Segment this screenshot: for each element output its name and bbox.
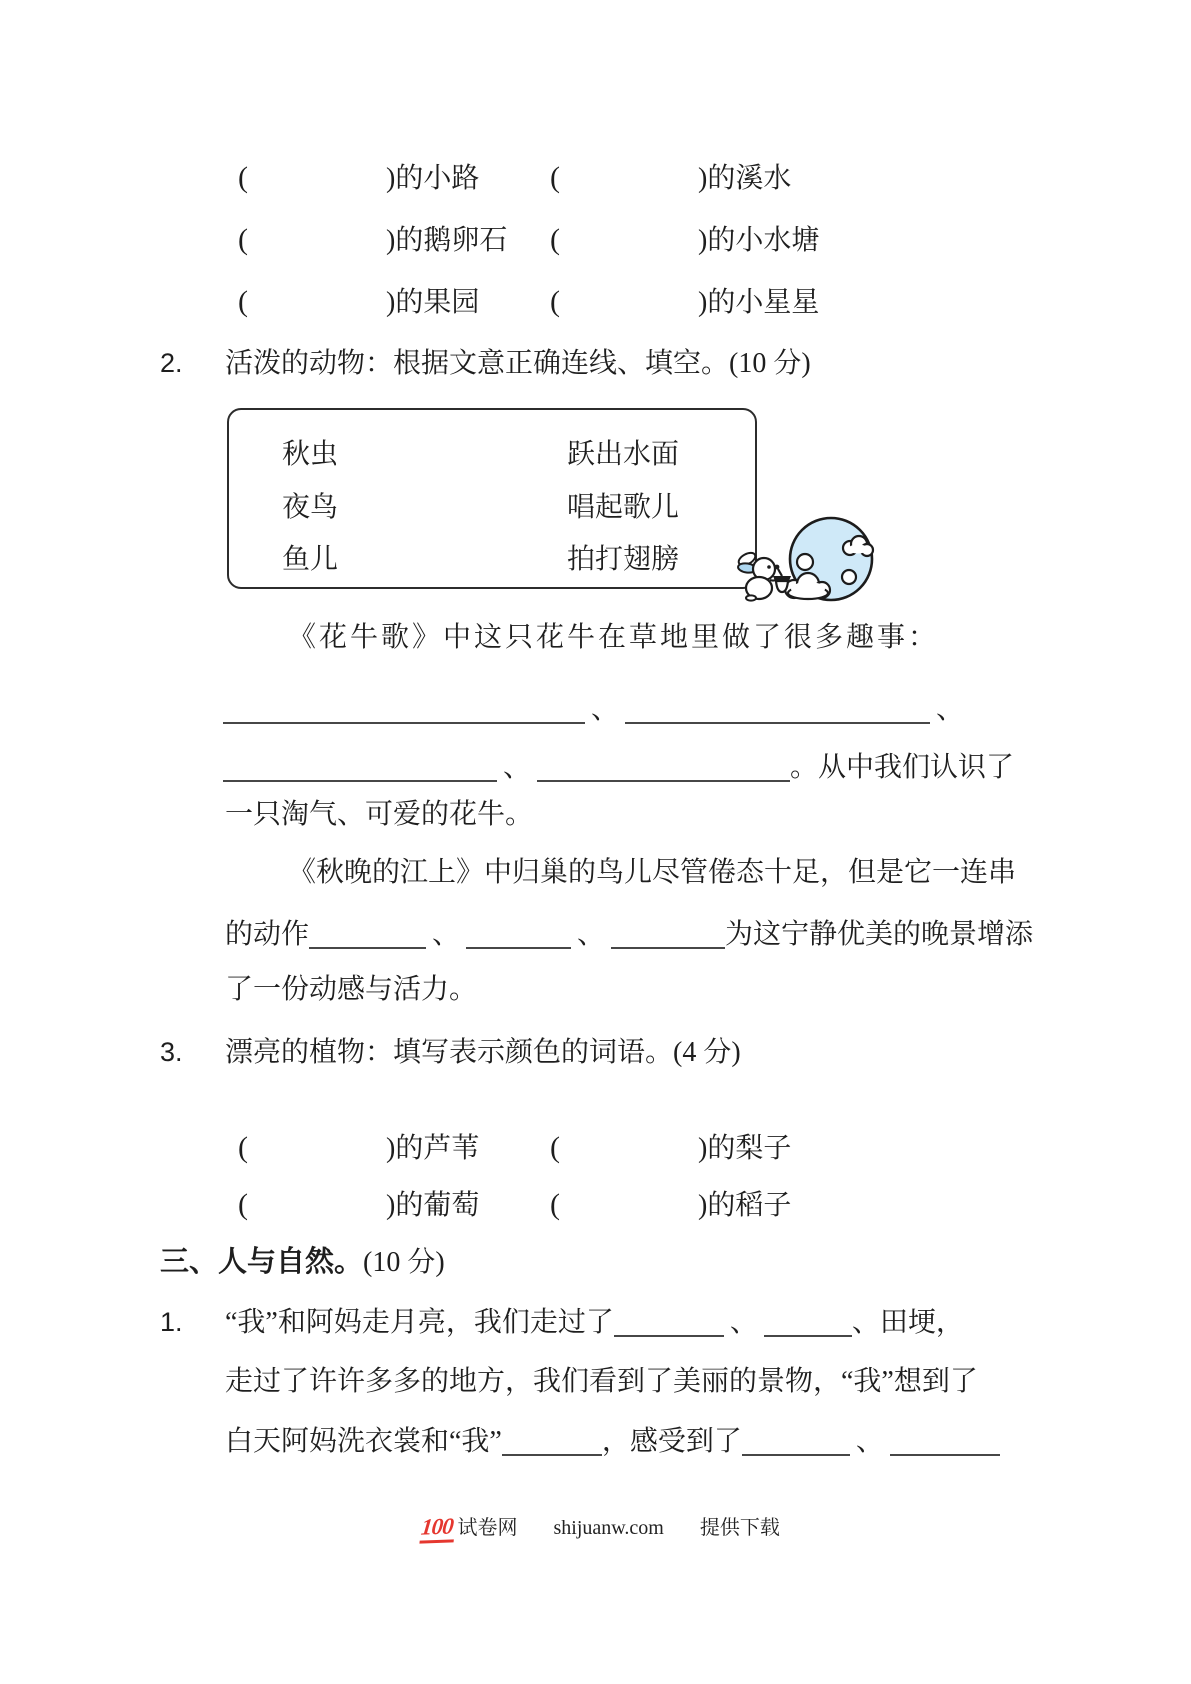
match-action: 拍打翅膀	[567, 537, 679, 577]
paragraph-text: “我”和阿妈走月亮，我们走过了	[225, 1307, 614, 1338]
answer-blank	[890, 1444, 1000, 1456]
separator: 、	[426, 918, 466, 952]
separator: 、	[571, 918, 611, 952]
phrase-label: )的鹅卵石	[386, 225, 507, 256]
question-3-heading: 3.漂亮的植物：填写表示颜色的词语。(4 分)	[160, 1035, 741, 1070]
rabbit-icon	[737, 550, 778, 600]
question-2-heading: 2.活泼的动物：根据文意正确连线、填空。(10 分)	[160, 346, 811, 381]
moon-crater-icon	[797, 554, 813, 570]
answer-blank	[466, 937, 571, 949]
fill-blank-phrase: ()的溪水	[550, 161, 791, 196]
paragraph-text: 为这宁静优美的晚景增添	[725, 919, 1033, 950]
matching-box: 秋虫跃出水面 夜鸟唱起歌儿 鱼儿拍打翅膀	[227, 408, 757, 589]
match-row: 鱼儿拍打翅膀	[229, 537, 755, 571]
phrase-label: )的葡萄	[386, 1190, 479, 1221]
match-animal: 夜鸟	[282, 485, 338, 525]
paragraph-text: 的动作	[225, 919, 309, 950]
phrase-label: )的梨子	[698, 1133, 791, 1164]
section-3-heading: 三、人与自然。(10 分)	[160, 1245, 445, 1280]
fill-blank-phrase: ()的小路	[238, 161, 479, 196]
site-logo: 100试卷网	[421, 1511, 518, 1543]
paragraph-text: 、田埂，	[852, 1307, 964, 1338]
blank-answer-line: 的动作、、为这宁静优美的晚景增添	[225, 918, 1033, 952]
question-number: 3.	[160, 1035, 225, 1069]
separator: 、	[585, 693, 625, 727]
separator: 、	[850, 1425, 890, 1459]
phrase-label: )的芦苇	[386, 1133, 479, 1164]
match-action: 唱起歌儿	[567, 485, 679, 525]
paragraph-line: 《花牛歌》中这只花牛在草地里做了很多趣事：	[288, 621, 939, 655]
phrase-label: )的小路	[386, 163, 479, 194]
open-paren: (	[550, 223, 560, 257]
question-number: 1.	[160, 1305, 225, 1339]
question-line: 1.“我”和阿妈走月亮，我们走过了、、田埂，	[160, 1305, 964, 1340]
open-paren: (	[238, 1131, 248, 1165]
footer: 100试卷网 shijuanw.com 提供下载	[421, 1511, 780, 1543]
section-title: 三、人与自然。	[160, 1246, 363, 1278]
paragraph-line: 走过了许许多多的地方，我们看到了美丽的景物，“我”想到了	[225, 1365, 978, 1399]
blank-answer-line: 、。从中我们认识了	[223, 751, 1014, 785]
fill-blank-phrase: ()的小水塘	[550, 223, 819, 258]
match-animal: 秋虫	[282, 432, 338, 472]
section-score: (10 分)	[363, 1247, 445, 1278]
logo-text: 试卷网	[458, 1511, 518, 1540]
blank-answer-line: 白天阿妈洗衣裳和“我”，感受到了、	[225, 1425, 1000, 1459]
open-paren: (	[238, 161, 248, 195]
rabbit-moon-illustration	[736, 514, 876, 606]
fill-blank-phrase: ()的小星星	[550, 285, 819, 320]
fill-blank-phrase: ()的鹅卵石	[238, 223, 507, 258]
open-paren: (	[550, 285, 560, 319]
answer-blank	[742, 1444, 850, 1456]
question-score: (10 分)	[729, 348, 811, 379]
separator: 、	[497, 751, 537, 785]
open-paren: (	[238, 223, 248, 257]
match-row: 秋虫跃出水面	[229, 432, 755, 466]
answer-blank	[614, 1325, 724, 1337]
answer-blank	[502, 1444, 602, 1456]
match-animal: 鱼儿	[282, 537, 338, 577]
question-title: 漂亮的植物：填写表示颜色的词语。	[225, 1037, 673, 1068]
paragraph-line: 一只淘气、可爱的花牛。	[225, 798, 533, 832]
paragraph-text: 白天阿妈洗衣裳和“我”	[225, 1426, 502, 1457]
separator: 、	[930, 693, 970, 727]
match-row: 夜鸟唱起歌儿	[229, 485, 755, 519]
fill-blank-phrase: ()的葡萄	[238, 1188, 479, 1223]
answer-blank	[611, 937, 725, 949]
open-paren: (	[238, 285, 248, 319]
question-title: 活泼的动物：根据文意正确连线、填空。	[225, 348, 729, 379]
question-score: (4 分)	[673, 1037, 741, 1068]
worksheet-page: ()的小路 ()的溪水 ()的鹅卵石 ()的小水塘 ()的果园 ()的小星星 2…	[0, 0, 1191, 1684]
answer-blank	[537, 770, 790, 782]
paragraph-line: 《秋晚的江上》中归巢的鸟儿尽管倦态十足，但是它一连串	[288, 856, 1016, 890]
phrase-label: )的溪水	[698, 163, 791, 194]
fill-blank-phrase: ()的芦苇	[238, 1131, 479, 1166]
open-paren: (	[550, 161, 560, 195]
separator: 、	[724, 1306, 764, 1340]
fill-blank-phrase: ()的梨子	[550, 1131, 791, 1166]
footer-note: 提供下载	[700, 1511, 780, 1540]
footer-domain: shijuanw.com	[554, 1517, 664, 1540]
fill-blank-phrase: ()的果园	[238, 285, 479, 320]
blank-answer-line: 、、	[223, 693, 970, 727]
paragraph-text: 一只淘气、可爱的花牛。	[225, 799, 533, 830]
answer-blank	[764, 1325, 852, 1337]
phrase-label: )的稻子	[698, 1190, 791, 1221]
answer-blank	[223, 770, 497, 782]
answer-blank	[309, 937, 426, 949]
open-paren: (	[550, 1188, 560, 1222]
phrase-label: )的小水塘	[698, 225, 819, 256]
paragraph-text: 走过了许许多多的地方，我们看到了美丽的景物，“我”想到了	[225, 1366, 978, 1397]
phrase-label: )的小星星	[698, 287, 819, 318]
paragraph-text: ，感受到了	[602, 1426, 742, 1457]
paragraph-line: 了一份动感与活力。	[225, 973, 477, 1007]
answer-blank	[223, 712, 585, 724]
open-paren: (	[238, 1188, 248, 1222]
paragraph-text: 了一份动感与活力。	[225, 974, 477, 1005]
match-action: 跃出水面	[567, 432, 679, 472]
paragraph-text: 。从中我们认识了	[790, 752, 1014, 783]
moon-crater-icon	[842, 570, 856, 584]
answer-blank	[625, 712, 930, 724]
paragraph-text: 《花牛歌》中这只花牛在草地里做了很多趣事：	[288, 622, 939, 653]
open-paren: (	[550, 1131, 560, 1165]
phrase-label: )的果园	[386, 287, 479, 318]
logo-100-icon: 100	[419, 1513, 456, 1543]
fill-blank-phrase: ()的稻子	[550, 1188, 791, 1223]
question-number: 2.	[160, 346, 225, 380]
paragraph-text: 《秋晚的江上》中归巢的鸟儿尽管倦态十足，但是它一连串	[288, 857, 1016, 888]
